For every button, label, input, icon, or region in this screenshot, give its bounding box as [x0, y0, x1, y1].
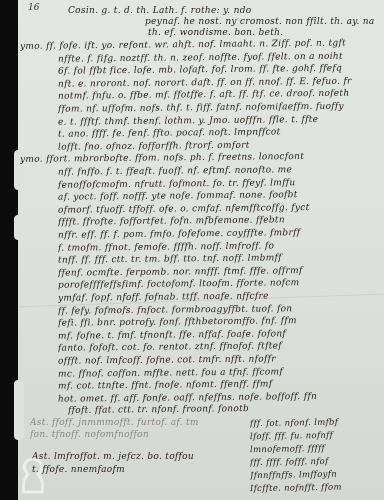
text-line: t. ffofe. nnemfaofm [32, 465, 252, 475]
library-watermark-icon [18, 458, 48, 498]
text-line: Cosin. g. t. d. th. Lath. f. rothe: y. n… [68, 6, 268, 16]
text-line: Ast. ffoff. jnmmmofft. furtof. af. tm [30, 418, 230, 428]
text-line: fon. tfnoff. nofomfnoffon [30, 430, 230, 440]
torn-edge [14, 215, 24, 240]
torn-edge [14, 380, 24, 440]
page-number: 16 [28, 3, 39, 13]
text-line: peynaf. he nost. ny cromost. non ffilt. … [145, 17, 375, 27]
text-line: Ast. lmfroffot. m. jefcz. bo. toffou [32, 452, 252, 462]
text-line: th. ef. wondisme. bon. beth. [148, 28, 308, 38]
